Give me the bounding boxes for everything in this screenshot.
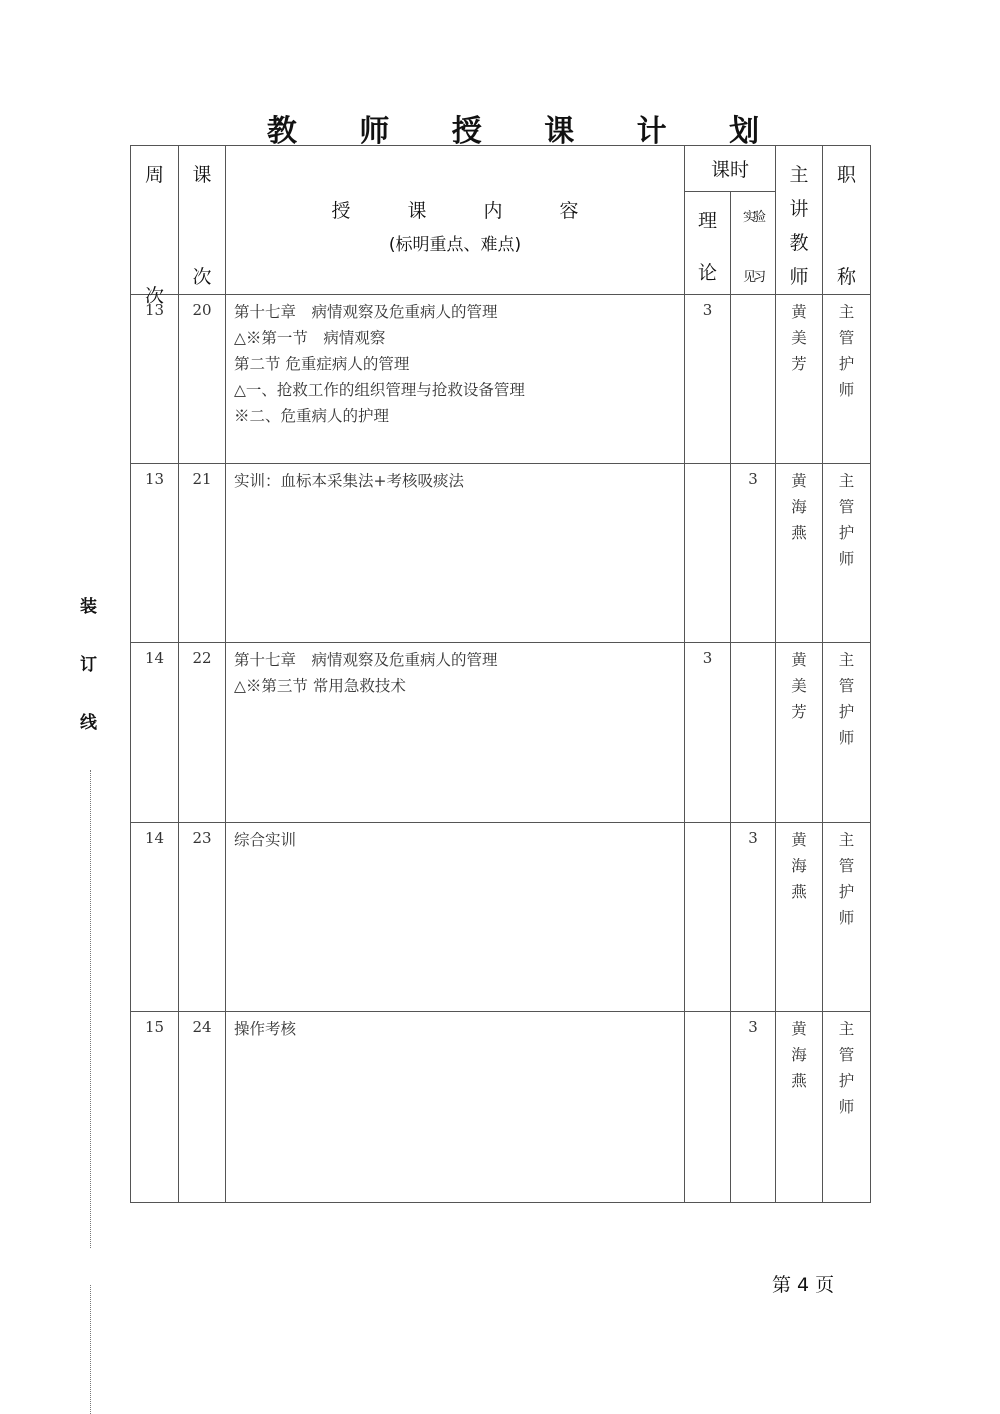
rank-char: 师: [823, 905, 870, 931]
rank-char: 护: [823, 520, 870, 546]
table-row: 14 22 第十七章 病情观察及危重病人的管理 △※第三节 常用急救技术 3 黄…: [131, 643, 871, 823]
rank-char: 护: [823, 699, 870, 725]
rank-cell: 主 管 护 师: [823, 1012, 871, 1203]
lesson-cell: 24: [179, 1012, 226, 1203]
rank-char: 师: [823, 1094, 870, 1120]
practice-hours-cell: [731, 295, 776, 464]
teacher-char: 燕: [776, 520, 822, 546]
content-cell: 第十七章 病情观察及危重病人的管理 △※第三节 常用急救技术: [226, 643, 685, 823]
header-lesson-top: 课: [192, 160, 211, 187]
header-week: 周 次: [131, 146, 179, 295]
content-cell: 实训：血标本采集法+考核吸痰法: [226, 464, 685, 643]
header-teacher-char: 教: [776, 226, 822, 260]
theory-hours-cell: [685, 823, 731, 1012]
rank-char: 管: [823, 853, 870, 879]
theory-hours-cell: [685, 1012, 731, 1203]
teacher-char: 黄: [776, 468, 822, 494]
header-lesson-bottom: 次: [192, 262, 211, 289]
rank-char: 主: [823, 299, 870, 325]
rank-char: 管: [823, 494, 870, 520]
binding-line-label-3: 线: [80, 708, 97, 733]
practice-hours-cell: 3: [731, 1012, 776, 1203]
page-title: 教 师 授 课 计 划: [0, 106, 1000, 150]
teacher-cell: 黄 海 燕: [776, 464, 823, 643]
rank-char: 管: [823, 325, 870, 351]
teacher-cell: 黄 美 芳: [776, 643, 823, 823]
rank-char: 管: [823, 1042, 870, 1068]
header-teacher: 主 讲 教 师: [776, 146, 823, 295]
teacher-cell: 黄 美 芳: [776, 295, 823, 464]
teacher-char: 美: [776, 673, 822, 699]
binding-dotted-line-upper: [90, 770, 91, 1248]
header-teacher-char: 师: [776, 260, 822, 294]
content-line: △一、抢救工作的组织管理与抢救设备管理: [234, 377, 684, 403]
content-line: 综合实训: [234, 827, 684, 853]
binding-line-label-1: 装: [80, 592, 97, 617]
rank-cell: 主 管 护 师: [823, 295, 871, 464]
teacher-char: 黄: [776, 299, 822, 325]
practice-hours-cell: 3: [731, 464, 776, 643]
content-line: 第十七章 病情观察及危重病人的管理: [234, 647, 684, 673]
table-row: 15 24 操作考核 3 黄 海 燕 主 管 护 师: [131, 1012, 871, 1203]
rank-char: 主: [823, 468, 870, 494]
table-row: 14 23 综合实训 3 黄 海 燕 主 管 护 师: [131, 823, 871, 1012]
week-cell: 13: [131, 295, 179, 464]
header-practice-top: 实验: [743, 206, 763, 225]
header-practice-bottom: 见习: [743, 266, 763, 285]
header-teacher-char: 主: [776, 158, 822, 192]
rank-char: 主: [823, 647, 870, 673]
teacher-char: 美: [776, 325, 822, 351]
teacher-char: 海: [776, 1042, 822, 1068]
rank-char: 主: [823, 827, 870, 853]
content-line: △※第三节 常用急救技术: [234, 673, 684, 699]
teaching-plan-table: 周 次 课 次 授 课 内 容 (标明重点、难点) 课时 主 讲 教 师: [130, 145, 871, 1203]
content-cell: 操作考核: [226, 1012, 685, 1203]
rank-char: 护: [823, 879, 870, 905]
rank-char: 师: [823, 377, 870, 403]
header-rank-bottom: 称: [837, 262, 856, 289]
practice-hours-cell: [731, 643, 776, 823]
header-teacher-char: 讲: [776, 192, 822, 226]
lesson-cell: 21: [179, 464, 226, 643]
lesson-cell: 20: [179, 295, 226, 464]
content-cell: 综合实训: [226, 823, 685, 1012]
teacher-char: 黄: [776, 1016, 822, 1042]
lesson-cell: 22: [179, 643, 226, 823]
header-week-top: 周: [145, 160, 164, 187]
header-hours: 课时: [685, 146, 776, 192]
header-content-title: 授 课 内 容: [226, 194, 684, 228]
teacher-cell: 黄 海 燕: [776, 823, 823, 1012]
content-line: 第二节 危重症病人的管理: [234, 351, 684, 377]
header-content: 授 课 内 容 (标明重点、难点): [226, 146, 685, 295]
header-theory-bottom: 论: [698, 258, 717, 285]
teacher-char: 芳: [776, 351, 822, 377]
rank-cell: 主 管 护 师: [823, 464, 871, 643]
header-rank: 职 称: [823, 146, 871, 295]
header-theory-top: 理: [698, 206, 717, 233]
header-rank-top: 职: [837, 160, 856, 187]
binding-dotted-line-lower: [90, 1285, 91, 1414]
header-practice: 实验 见习: [731, 192, 776, 295]
content-line: 实训：血标本采集法+考核吸痰法: [234, 468, 684, 494]
content-line: 第十七章 病情观察及危重病人的管理: [234, 299, 684, 325]
teacher-char: 芳: [776, 699, 822, 725]
content-cell: 第十七章 病情观察及危重病人的管理 △※第一节 病情观察 第二节 危重症病人的管…: [226, 295, 685, 464]
practice-hours-cell: 3: [731, 823, 776, 1012]
binding-line-label-2: 订: [80, 650, 97, 675]
page-number: 第 4 页: [772, 1270, 834, 1297]
teacher-char: 海: [776, 853, 822, 879]
rank-char: 管: [823, 673, 870, 699]
teacher-char: 黄: [776, 647, 822, 673]
teacher-char: 燕: [776, 879, 822, 905]
content-line: ※二、危重病人的护理: [234, 403, 684, 429]
content-line: 操作考核: [234, 1016, 684, 1042]
rank-char: 师: [823, 725, 870, 751]
rank-cell: 主 管 护 师: [823, 643, 871, 823]
lesson-cell: 23: [179, 823, 226, 1012]
week-cell: 14: [131, 643, 179, 823]
theory-hours-cell: 3: [685, 295, 731, 464]
teacher-char: 海: [776, 494, 822, 520]
header-lesson: 课 次: [179, 146, 226, 295]
theory-hours-cell: 3: [685, 643, 731, 823]
rank-char: 护: [823, 351, 870, 377]
header-theory: 理 论: [685, 192, 731, 295]
teacher-char: 黄: [776, 827, 822, 853]
week-cell: 15: [131, 1012, 179, 1203]
content-line: △※第一节 病情观察: [234, 325, 684, 351]
week-cell: 13: [131, 464, 179, 643]
week-cell: 14: [131, 823, 179, 1012]
rank-char: 师: [823, 546, 870, 572]
header-content-subtitle: (标明重点、难点): [226, 228, 684, 262]
table-row: 13 21 实训：血标本采集法+考核吸痰法 3 黄 海 燕 主 管 护 师: [131, 464, 871, 643]
teacher-char: 燕: [776, 1068, 822, 1094]
theory-hours-cell: [685, 464, 731, 643]
table-row: 13 20 第十七章 病情观察及危重病人的管理 △※第一节 病情观察 第二节 危…: [131, 295, 871, 464]
teacher-cell: 黄 海 燕: [776, 1012, 823, 1203]
rank-cell: 主 管 护 师: [823, 823, 871, 1012]
rank-char: 护: [823, 1068, 870, 1094]
rank-char: 主: [823, 1016, 870, 1042]
